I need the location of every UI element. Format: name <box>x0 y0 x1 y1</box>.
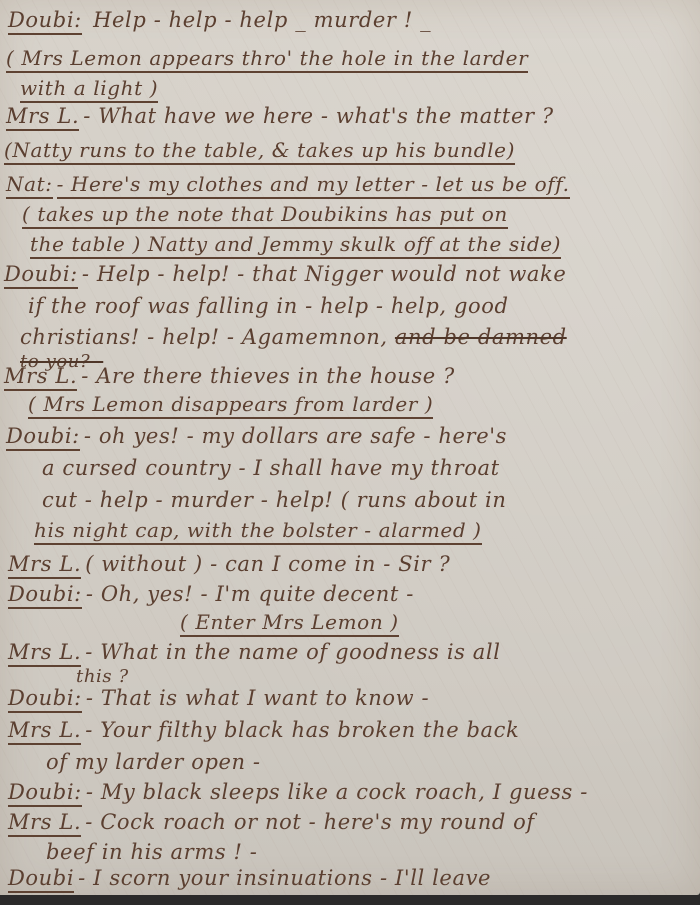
stage-direction: ( takes up the note that Doubikins has p… <box>22 202 508 226</box>
speaker-name: Doubi: <box>6 425 80 451</box>
speaker-name: Doubi: <box>8 9 82 35</box>
script-line: of my larder open - <box>46 750 261 774</box>
dialogue-text: - That is what I want to know - <box>86 686 429 710</box>
speaker-name: Doubi <box>8 867 74 893</box>
script-line: this ? <box>76 666 129 687</box>
dialogue-text: of my larder open - <box>46 750 261 774</box>
manuscript-page: Doubi: Help - help - help _ murder ! _ (… <box>0 0 700 895</box>
stage-direction-text: ( Mrs Lemon appears thro' the hole in th… <box>6 46 528 73</box>
dialogue-text: beef in his arms ! - <box>46 840 258 864</box>
speaker-name: Doubi: <box>8 687 82 713</box>
dialogue-text: - I scorn your insinuations - I'll leave <box>78 866 491 890</box>
stage-direction: (Natty runs to the table, & takes up his… <box>4 138 515 162</box>
stage-direction: with a light ) <box>20 76 158 100</box>
dialogue-text: - What have we here - what's the matter … <box>83 104 554 128</box>
stage-direction: ( Mrs Lemon disappears from larder ) <box>28 392 433 416</box>
script-line: Mrs L.- Are there thieves in the house ? <box>4 364 455 391</box>
script-line: Doubi: Help - help - help _ murder ! _ <box>8 8 431 35</box>
dialogue-text: ( without ) - can I come in - Sir ? <box>85 552 450 576</box>
stage-direction-text: (Natty runs to the table, & takes up his… <box>4 138 515 165</box>
stage-direction: ( Enter Mrs Lemon ) <box>180 610 399 634</box>
dialogue-text: christians! - help! - Agamemnon, <box>20 325 388 349</box>
stage-direction-text: with a light ) <box>20 76 158 103</box>
stage-direction: his night cap, with the bolster - alarme… <box>34 518 482 542</box>
dialogue-text: - Here's my clothes and my letter - let … <box>57 172 570 199</box>
script-line: Mrs L.- Your filthy black has broken the… <box>8 718 519 745</box>
dialogue-text: - oh yes! - my dollars are safe - here's <box>84 424 507 448</box>
speaker-name: Doubi: <box>8 781 82 807</box>
script-line: Doubi:- oh yes! - my dollars are safe - … <box>6 424 507 451</box>
script-line: cut - help - murder - help! ( runs about… <box>42 488 506 512</box>
stage-direction-text: ( Enter Mrs Lemon ) <box>180 610 399 637</box>
stage-direction-text: the table ) Natty and Jemmy skulk off at… <box>30 232 561 259</box>
speaker-name: Nat: <box>6 173 53 199</box>
script-line: a cursed country - I shall have my throa… <box>42 456 500 480</box>
speaker-name: Doubi: <box>8 583 82 609</box>
speaker-name: Mrs L. <box>8 811 81 837</box>
stage-direction: ( Mrs Lemon appears thro' the hole in th… <box>6 46 528 70</box>
script-line: christians! - help! - Agamemnon, and be … <box>20 325 567 349</box>
script-line: Doubi:- Oh, yes! - I'm quite decent - <box>8 582 414 609</box>
dialogue-text: a cursed country - I shall have my throa… <box>42 456 500 480</box>
speaker-name: Mrs L. <box>6 105 79 131</box>
script-line: if the roof was falling in - help - help… <box>28 294 509 318</box>
speaker-name: Mrs L. <box>8 719 81 745</box>
script-line: Doubi- I scorn your insinuations - I'll … <box>8 866 491 893</box>
speaker-name: Mrs L. <box>8 553 81 579</box>
dialogue-text: - Are there thieves in the house ? <box>81 364 455 388</box>
stage-direction-text: ( takes up the note that Doubikins has p… <box>22 202 508 229</box>
dialogue-text: - Your filthy black has broken the back <box>85 718 519 742</box>
dialogue-text: Help - help - help _ murder ! _ <box>86 8 431 32</box>
script-line: Mrs L.- Cock roach or not - here's my ro… <box>8 810 535 837</box>
stage-direction: the table ) Natty and Jemmy skulk off at… <box>30 232 561 256</box>
script-line: Mrs L.( without ) - can I come in - Sir … <box>8 552 450 579</box>
dialogue-text: this ? <box>76 666 129 687</box>
stage-direction-text: ( Mrs Lemon disappears from larder ) <box>28 392 433 419</box>
dialogue-text: - Help - help! - that Nigger would not w… <box>82 262 567 286</box>
script-line: Doubi:- Help - help! - that Nigger would… <box>4 262 566 289</box>
script-line: Mrs L.- What have we here - what's the m… <box>6 104 554 131</box>
script-line: Doubi:- That is what I want to know - <box>8 686 429 713</box>
stage-direction-text: his night cap, with the bolster - alarme… <box>34 518 482 545</box>
speaker-name: Mrs L. <box>4 365 77 391</box>
script-line: Nat:- Here's my clothes and my letter - … <box>6 172 570 199</box>
speaker-name: Mrs L. <box>8 641 81 667</box>
dialogue-text: cut - help - murder - help! ( runs about… <box>42 488 506 512</box>
script-line: Doubi:- My black sleeps like a cock roac… <box>8 780 588 807</box>
dialogue-text: - My black sleeps like a cock roach, I g… <box>86 780 588 804</box>
script-line: beef in his arms ! - <box>46 840 258 864</box>
speaker-name: Doubi: <box>4 263 78 289</box>
dialogue-text: - What in the name of goodness is all <box>85 640 500 664</box>
script-line: Mrs L.- What in the name of goodness is … <box>8 640 501 667</box>
dialogue-text: - Cock roach or not - here's my round of <box>85 810 535 834</box>
struck-text: and be damned <box>395 325 567 349</box>
dialogue-text: if the roof was falling in - help - help… <box>28 294 509 318</box>
dialogue-text: - Oh, yes! - I'm quite decent - <box>86 582 414 606</box>
